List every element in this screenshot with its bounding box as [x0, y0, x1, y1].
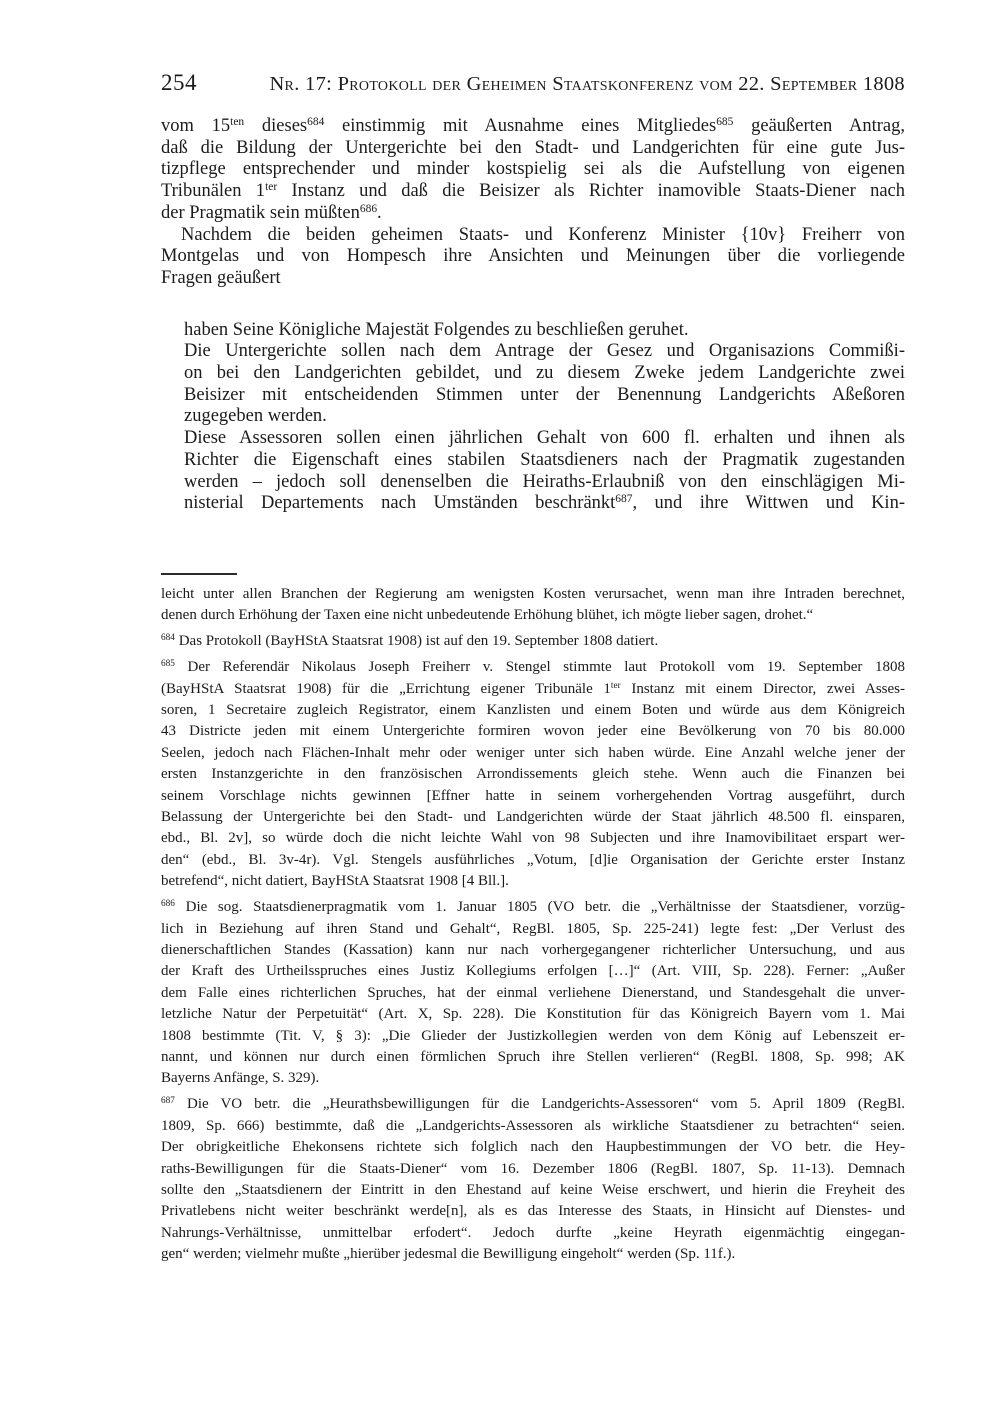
text-line: den“ (ebd., Bl. 3v-4r). Vgl. Stengels au… [161, 850, 905, 871]
book-page: 254 Nr. 17: Protokoll der Geheimen Staat… [0, 0, 1004, 1418]
footnote-ref: 686 [161, 899, 175, 909]
text-line: on bei den Landgerichten gebildet, und z… [184, 363, 905, 385]
footnote-continuation: leicht unter allen Branchen der Regierun… [161, 584, 905, 627]
body-paragraph: vom 15ten dieses684 einstimmig mit Ausna… [161, 116, 905, 225]
text-line: nannt, und können nur durch einen förmli… [161, 1047, 905, 1068]
text-line: seinem Vorschlage nichts gewinnen [Effne… [161, 786, 905, 807]
text-line: Montgelas und von Hompesch ihre Ansichte… [161, 246, 905, 268]
text-line: daß die Bildung der Untergerichte bei de… [161, 138, 905, 160]
footnote-684: 684 Das Protokoll (BayHStA Staatsrat 190… [161, 631, 905, 652]
body-paragraph: Nachdem die beiden geheimen Staats- und … [161, 225, 905, 290]
text-line: 687 Die VO betr. die „Heurathsbewilligun… [161, 1094, 905, 1115]
text-line: der Pragmatik sein müßten686. [161, 203, 905, 225]
footnote-ref: 685 [161, 659, 175, 669]
text-line: Bayerns Anfänge, S. 329). [161, 1068, 905, 1089]
text-line: dienerschaftlichen Standes (Kassation) k… [161, 940, 905, 961]
footnote-ref: 686 [360, 203, 377, 215]
footnote-ref: 684 [161, 633, 175, 643]
text-line: werden – jedoch soll denenselben die Hei… [184, 472, 905, 494]
text-line: 685 Der Referendär Nikolaus Joseph Freih… [161, 657, 905, 678]
footnotes-section: leicht unter allen Branchen der Regierun… [161, 584, 905, 1266]
text-line: 1809, Sp. 666) bestimmte, daß die „Landg… [161, 1116, 905, 1137]
text-line: gen“ werden; vielmehr mußte „hierüber je… [161, 1244, 905, 1265]
text-line: Seelen, jedoch nach Flächen-Inhalt mehr … [161, 743, 905, 764]
footnote-687: 687 Die VO betr. die „Heurathsbewilligun… [161, 1094, 905, 1265]
quote-paragraph: haben Seine Königliche Majestät Folgende… [184, 320, 905, 342]
footnote-ref: 685 [716, 116, 733, 128]
text-line: betrefend“, nicht datiert, BayHStA Staat… [161, 871, 905, 892]
text-line: vom 15ten dieses684 einstimmig mit Ausna… [161, 116, 905, 138]
text-line: haben Seine Königliche Majestät Folgende… [184, 320, 905, 342]
text-line: Diese Assessoren sollen einen jährlichen… [184, 428, 905, 450]
text-line: sollte den „Staatsdienern der Eintritt i… [161, 1180, 905, 1201]
text-line: Privatlebens nicht weiter beschränkt wer… [161, 1201, 905, 1222]
text-line: tizpflege entsprechender und minder kost… [161, 159, 905, 181]
text-line: soren, 1 Secretaire zugleich Registrator… [161, 700, 905, 721]
text-line: ebd., Bl. 2v], so würde doch die nicht l… [161, 828, 905, 849]
text-line: Belassung der Untergerichte bei den Stad… [161, 807, 905, 828]
text-line: der Kraft des Urtheilsspruches eines Jus… [161, 961, 905, 982]
text-line: leicht unter allen Branchen der Regierun… [161, 584, 905, 605]
text-line: Die Untergerichte sollen nach dem Antrag… [184, 341, 905, 363]
footnote-ref: 687 [615, 493, 632, 505]
footnote-ref: 687 [161, 1096, 175, 1106]
text-line: Beisizer mit entscheidenden Stimmen unte… [184, 385, 905, 407]
quote-paragraph: Diese Assessoren sollen einen jährlichen… [184, 428, 905, 515]
quote-paragraph: Die Untergerichte sollen nach dem Antrag… [184, 341, 905, 428]
text-line: Richter die Eigenschaft eines stabilen S… [184, 450, 905, 472]
page-number: 254 [161, 70, 197, 96]
text-line: dem Falle eines richterlichen Spruches, … [161, 983, 905, 1004]
text-line: denen durch Erhöhung der Taxen eine nich… [161, 605, 905, 626]
footnote-ref: 684 [307, 116, 324, 128]
text-line: (BayHStA Staatsrat 1908) für die „Errich… [161, 679, 905, 700]
footnote-685: 685 Der Referendär Nikolaus Joseph Freih… [161, 657, 905, 892]
running-header: Nr. 17: Protokoll der Geheimen Staatskon… [269, 73, 905, 96]
text-line: nisterial Departements nach Umständen be… [184, 493, 905, 515]
text-line: 1808 bestimmte (Tit. V, § 3): „Die Glied… [161, 1026, 905, 1047]
text-line: 43 Districte jeden mit einem Untergerich… [161, 721, 905, 742]
page-header: 254 Nr. 17: Protokoll der Geheimen Staat… [161, 70, 905, 96]
text-line: 686 Die sog. Staatsdienerpragmatik vom 1… [161, 897, 905, 918]
text-line: Nahrungs-Verhältnisse, unmittelbar erfod… [161, 1223, 905, 1244]
text-line: lich in Beziehung auf ihren Stand und Ge… [161, 919, 905, 940]
text-line: Der obrigkeitliche Ehekonsens richtete s… [161, 1137, 905, 1158]
main-text: vom 15ten dieses684 einstimmig mit Ausna… [161, 116, 905, 515]
text-line: Nachdem die beiden geheimen Staats- und … [161, 225, 905, 247]
text-line: letzliche Natur der Perpetuität“ (Art. X… [161, 1004, 905, 1025]
text-line: ersten Instanzgerichte in den französisc… [161, 764, 905, 785]
text-line: Tribunälen 1ter Instanz und daß die Beis… [161, 181, 905, 203]
text-line: zugegeben werden. [184, 406, 905, 428]
footnote-separator [161, 573, 237, 575]
text-line: 684 Das Protokoll (BayHStA Staatsrat 190… [161, 631, 905, 652]
footnote-ref: ter [611, 681, 621, 691]
footnote-ref: ter [265, 181, 277, 193]
text-line: Fragen geäußert [161, 268, 905, 290]
footnote-ref: ten [230, 116, 244, 128]
text-line: raths-Bewilligungen für die Staats-Diene… [161, 1159, 905, 1180]
footnote-686: 686 Die sog. Staatsdienerpragmatik vom 1… [161, 897, 905, 1090]
